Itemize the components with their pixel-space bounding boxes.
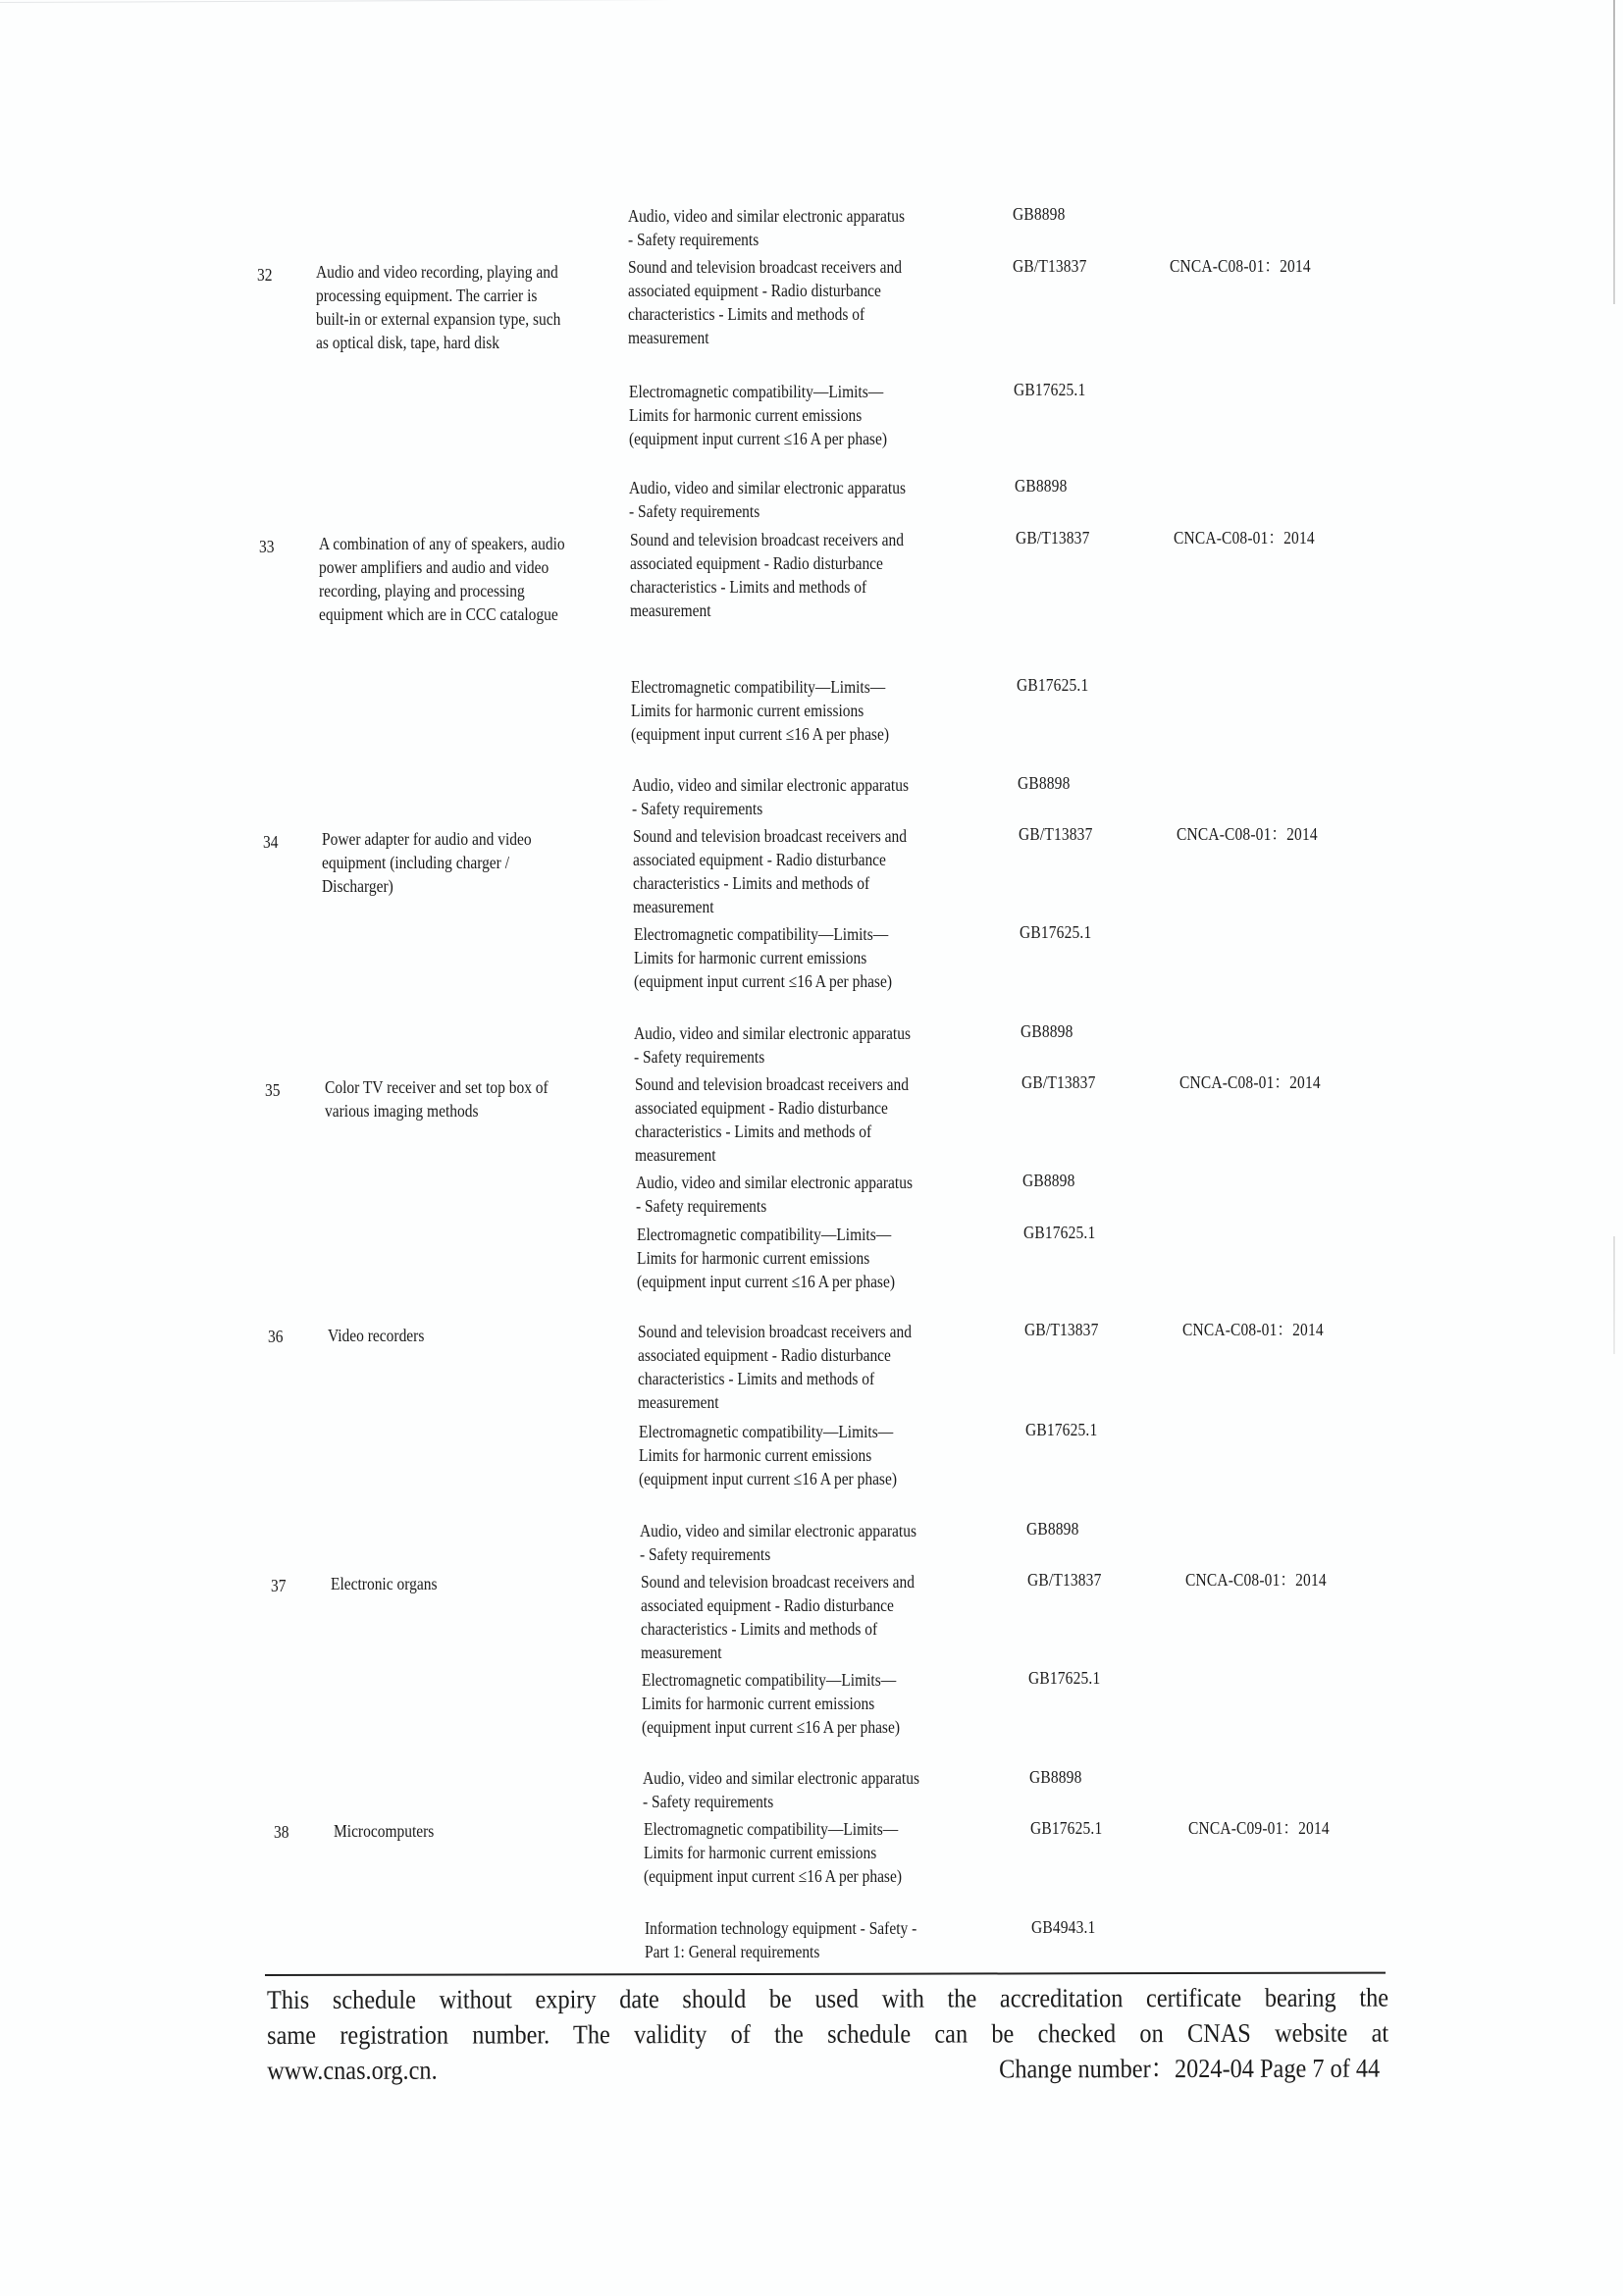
standard-code: GB8898: [1015, 474, 1068, 497]
standard-code: GB17625.1: [1014, 378, 1085, 401]
item-number: 33: [259, 535, 274, 558]
item-number: 38: [274, 1820, 288, 1844]
product-name: Color TV receiver and set top box of var…: [325, 1075, 578, 1122]
standard-title: Audio, video and similar electronic appa…: [628, 204, 907, 251]
standard-code: GB8898: [1021, 1019, 1073, 1043]
standard-title: Sound and television broadcast receivers…: [628, 255, 907, 349]
standard-title: Electromagnetic compatibility—Limits—Lim…: [644, 1817, 922, 1888]
page-footer: This schedule without expiry date should…: [267, 1980, 1390, 2088]
item-number: 37: [271, 1574, 286, 1597]
standard-code: GB8898: [1026, 1517, 1079, 1540]
standard-title: Electromagnetic compatibility—Limits—Lim…: [634, 922, 913, 993]
standard-title: Sound and television broadcast receivers…: [641, 1570, 919, 1664]
footer-divider: [265, 1972, 1386, 1976]
standard-code: GB17625.1: [1025, 1418, 1097, 1441]
standard-code: GB/T13837: [1016, 526, 1090, 549]
standard-title: Sound and television broadcast receivers…: [638, 1320, 916, 1414]
standard-code: GB17625.1: [1030, 1816, 1102, 1840]
change-number: 2024-04: [1175, 2054, 1254, 2083]
product-name: Video recorders: [328, 1324, 581, 1347]
product-name: Power adapter for audio and video equipm…: [322, 827, 575, 898]
cnas-website-link[interactable]: www.cnas.org.cn.: [267, 2053, 438, 2088]
item-number: 36: [268, 1325, 283, 1348]
standard-code: GB/T13837: [1019, 822, 1093, 846]
item-number: 35: [265, 1078, 280, 1102]
product-name: A combination of any of speakers, audio …: [319, 532, 572, 626]
implementation-rule: CNCA-C08-01：2014: [1182, 1318, 1324, 1341]
standard-title: Sound and television broadcast receivers…: [630, 528, 909, 622]
standard-code: GB17625.1: [1023, 1221, 1095, 1244]
standard-code: GB/T13837: [1027, 1568, 1102, 1592]
standard-title: Electromagnetic compatibility—Limits—Lim…: [639, 1420, 917, 1490]
standard-code: GB8898: [1013, 202, 1066, 226]
standard-title: Information technology equipment - Safet…: [645, 1916, 923, 1963]
standard-code: GB/T13837: [1024, 1318, 1099, 1341]
product-name: Audio and video recording, playing and p…: [316, 260, 569, 354]
item-number: 34: [263, 830, 278, 854]
item-number: 32: [257, 263, 272, 287]
standard-title: Sound and television broadcast receivers…: [633, 824, 912, 918]
standard-code: GB8898: [1018, 771, 1071, 795]
change-page-info: Change number：2024-04 Page 7 of 44: [999, 2051, 1380, 2087]
standard-title: Audio, video and similar electronic appa…: [643, 1766, 921, 1813]
standard-title: Audio, video and similar electronic appa…: [640, 1519, 918, 1566]
standard-title: Electromagnetic compatibility—Limits—Lim…: [631, 675, 910, 746]
standard-title: Electromagnetic compatibility—Limits—Lim…: [629, 380, 908, 450]
standard-title: Sound and television broadcast receivers…: [635, 1072, 914, 1167]
change-number-label: Change number：: [999, 2054, 1175, 2083]
scan-artifact-line: [0, 0, 1276, 3]
standard-title: Electromagnetic compatibility—Limits—Lim…: [642, 1668, 920, 1739]
standard-title: Audio, video and similar electronic appa…: [629, 476, 908, 523]
standard-code: GB17625.1: [1020, 920, 1091, 944]
standard-title: Audio, video and similar electronic appa…: [636, 1171, 915, 1218]
implementation-rule: CNCA-C08-01：2014: [1174, 526, 1315, 549]
footer-last-line: www.cnas.org.cn. Change number：2024-04 P…: [267, 2051, 1380, 2088]
product-name: Electronic organs: [331, 1572, 584, 1595]
implementation-rule: CNCA-C09-01：2014: [1188, 1816, 1330, 1840]
standard-code: GB17625.1: [1017, 673, 1088, 697]
implementation-rule: CNCA-C08-01：2014: [1185, 1568, 1327, 1592]
standard-code: GB/T13837: [1021, 1070, 1096, 1094]
standard-code: GB8898: [1022, 1169, 1075, 1192]
page-edge-shadow: [1613, 1236, 1615, 1354]
standard-title: Electromagnetic compatibility—Limits—Lim…: [637, 1223, 916, 1293]
footer-notice-line-1: This schedule without expiry date should…: [267, 1980, 1388, 2017]
standard-code: GB17625.1: [1028, 1666, 1100, 1690]
page-edge-shadow: [1613, 0, 1615, 304]
implementation-rule: CNCA-C08-01：2014: [1179, 1070, 1321, 1094]
footer-notice-line-2: same registration number. The validity o…: [267, 2015, 1388, 2053]
implementation-rule: CNCA-C08-01：2014: [1177, 822, 1318, 846]
standard-code: GB4943.1: [1031, 1915, 1095, 1939]
implementation-rule: CNCA-C08-01：2014: [1170, 254, 1311, 278]
standard-code: GB/T13837: [1013, 254, 1087, 278]
standard-title: Audio, video and similar electronic appa…: [632, 773, 911, 820]
page-number: Page 7 of 44: [1260, 2054, 1380, 2083]
product-name: Microcomputers: [334, 1819, 587, 1843]
standard-title: Audio, video and similar electronic appa…: [634, 1021, 913, 1069]
standard-code: GB8898: [1029, 1765, 1082, 1789]
